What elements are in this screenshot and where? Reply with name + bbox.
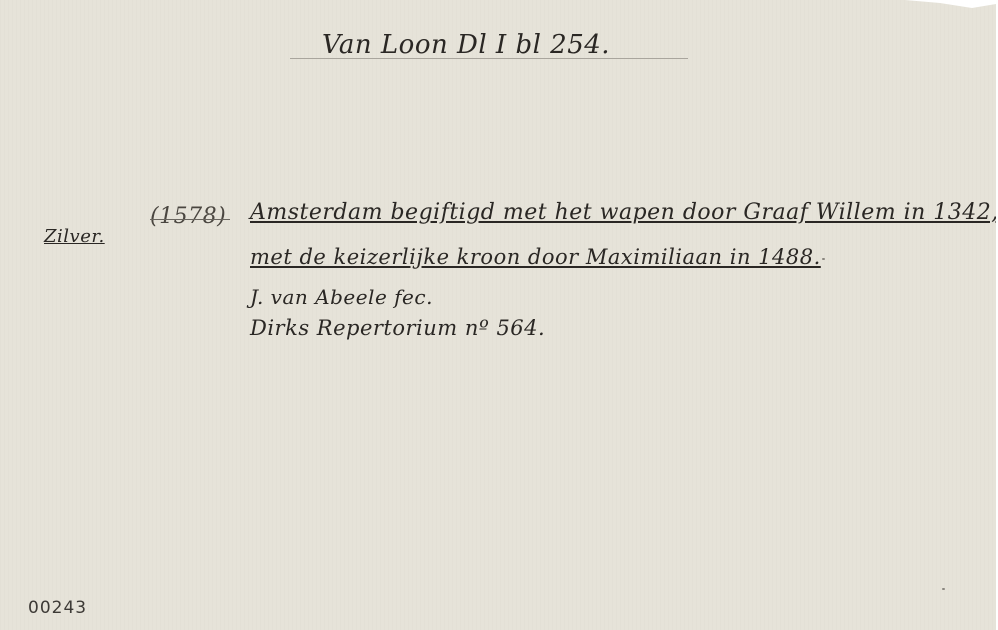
maker-line: J. van Abeele fec. [250,285,433,309]
subject-label: Zilver. [44,226,105,247]
struck-year: (1578) [150,204,226,229]
description-line-2: met de keizerlijke kroon door Maximiliaa… [250,245,821,269]
paper-speck [942,588,945,590]
reference-line: Dirks Repertorium nº 564. [250,316,545,340]
card-heading: Van Loon Dl I bl 254. [322,30,610,60]
catalog-number: 00243 [28,598,87,618]
paper-speck [822,258,825,260]
heading-rule [290,58,688,59]
year-strikethrough [150,219,230,220]
index-card: Van Loon Dl I bl 254. Zilver. (1578) Ams… [0,0,996,630]
description-line-1: Amsterdam begiftigd met het wapen door G… [250,200,998,225]
